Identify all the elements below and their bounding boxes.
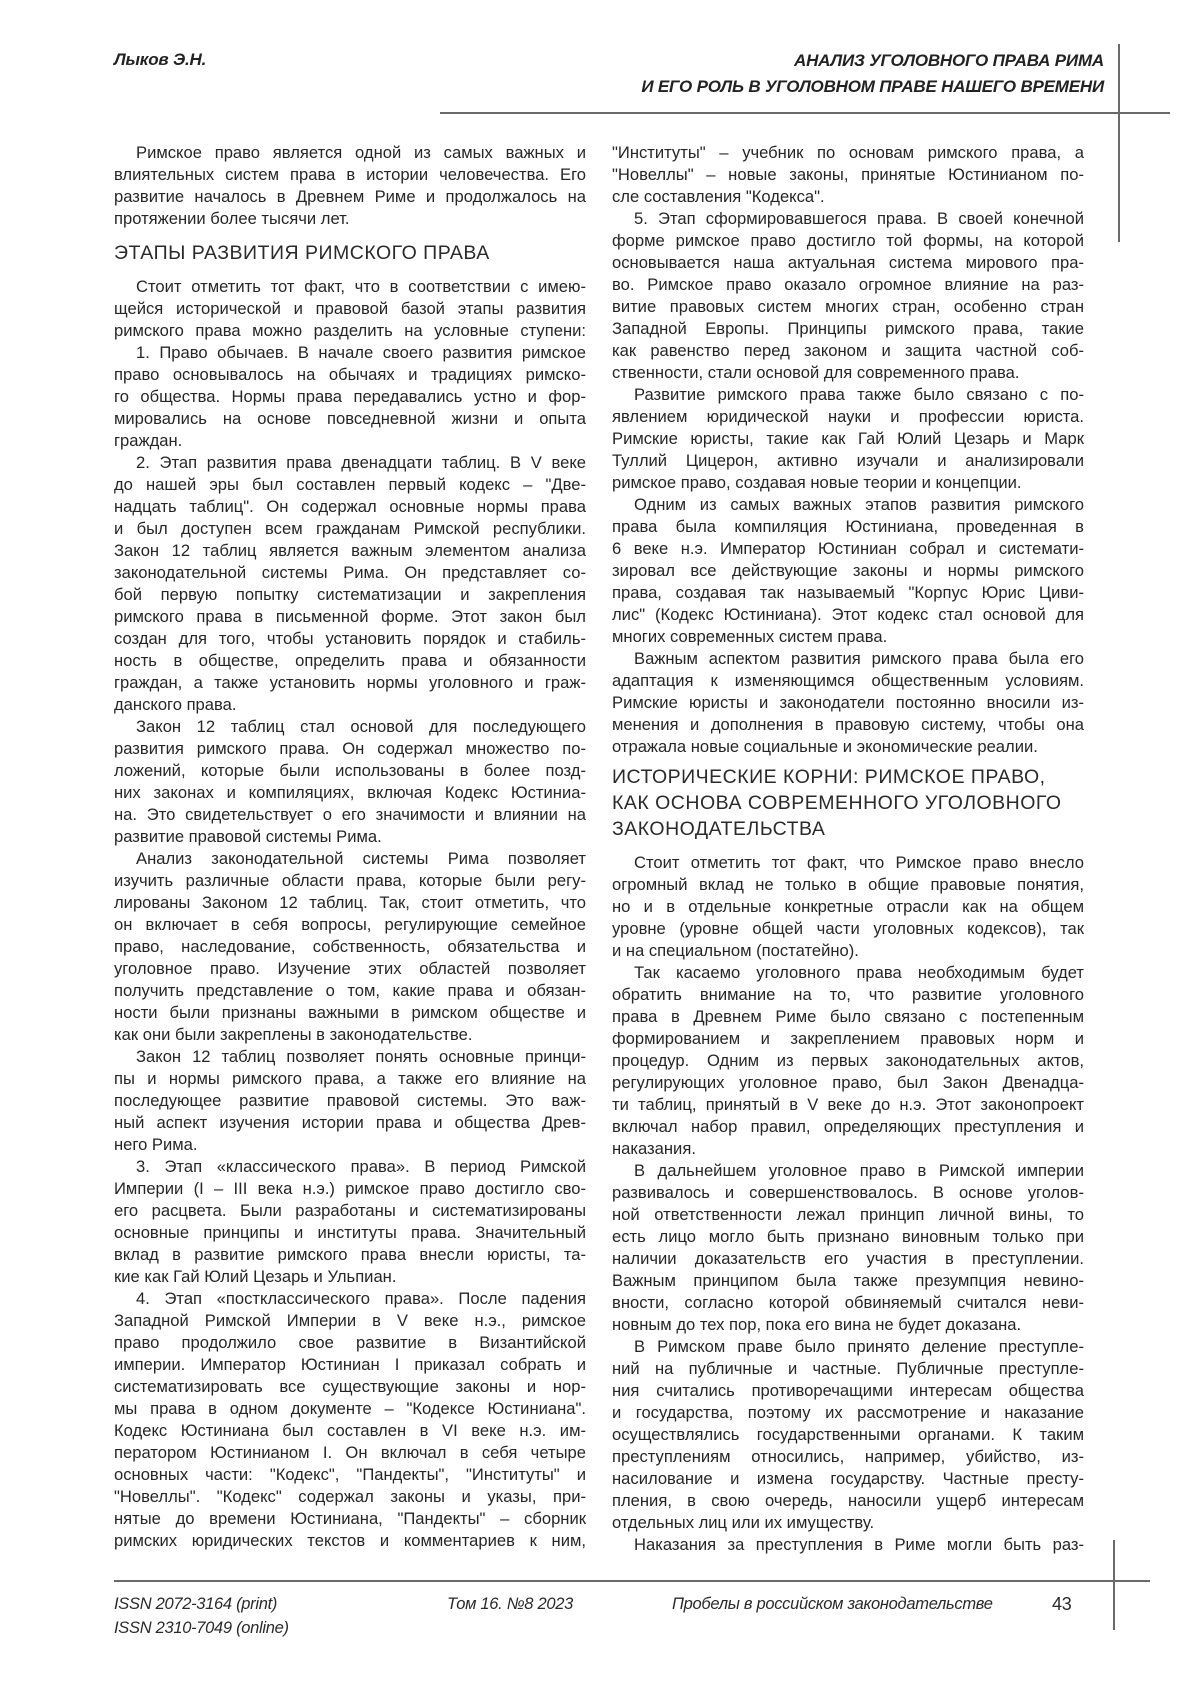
text-line: права в Древнем Риме было связано с пост… (612, 1006, 1084, 1028)
text-line: влиятельных систем права в истории челов… (114, 164, 586, 186)
text-line: протяжении более тысячи лет. (114, 208, 586, 230)
text-line: основные принципы и институты права. Зна… (114, 1222, 586, 1244)
right-column: "Институты" – учебник по основам римског… (612, 142, 1084, 1556)
text-line: пления, в свою очередь, наносили ущерб и… (612, 1490, 1084, 1512)
text-line: право основывалось на обычаях и традиция… (114, 364, 586, 386)
running-header-title-line1: АНАЛИЗ УГОЛОВНОГО ПРАВА РИМА (641, 48, 1104, 74)
text-line: его расцвета. Были разработаны и система… (114, 1200, 586, 1222)
text-line: многих современных систем права. (612, 626, 1084, 648)
text-line: ной ответственности лежал принцип личной… (612, 1204, 1084, 1226)
paragraph: Одним из самых важных этапов развития ри… (612, 494, 1084, 648)
paragraph: Наказания за преступления в Риме могли б… (612, 1534, 1084, 1556)
text-line: Империи (I – III века н.э.) римское прав… (114, 1178, 586, 1200)
text-line: создан для того, чтобы установить порядо… (114, 628, 586, 650)
paragraph-continued: "Институты" – учебник по основам римског… (612, 142, 1084, 208)
text-line: римского права можно разделить на условн… (114, 320, 586, 342)
text-line: граждан. (114, 430, 586, 452)
text-line: ный аспект изучения истории права и обще… (114, 1112, 586, 1134)
running-header-author: Лыков Э.Н. (114, 50, 206, 70)
text-line: 1. Право обычаев. В начале своего развит… (114, 342, 586, 364)
text-line: Закон 12 таблиц стал основой для последу… (114, 716, 586, 738)
text-line: зировал все действующие законы и нормы р… (612, 560, 1084, 582)
text-line: В Римском праве было принято деление пре… (612, 1336, 1084, 1358)
text-line: 4. Этап «постклассического права». После… (114, 1288, 586, 1310)
text-line: адаптация к изменяющимся общественным ус… (612, 670, 1084, 692)
text-line: "Новеллы". "Кодекс" содержал законы и ук… (114, 1486, 586, 1508)
text-line: лис" (Кодекс Юстиниана). Этот кодекс ста… (612, 604, 1084, 626)
text-line: ператором Юстинианом I. Он включал в себ… (114, 1442, 586, 1464)
footer-issn: ISSN 2072-3164 (print) ISSN 2310-7049 (o… (114, 1592, 289, 1640)
text-line: 5. Этап сформировавшегося права. В своей… (612, 208, 1084, 230)
issn-online: ISSN 2310-7049 (online) (114, 1616, 289, 1640)
text-line: Наказания за преступления в Риме могли б… (612, 1534, 1084, 1556)
text-line: развитие началось в Древнем Риме и продо… (114, 186, 586, 208)
text-line: Закон 12 таблиц является важным элементо… (114, 540, 586, 562)
text-line: Западной Европы. Принципы римского права… (612, 318, 1084, 340)
text-line: на. Это свидетельствует о его значимости… (114, 804, 586, 826)
text-line: "Новеллы" – новые законы, принятые Юстин… (612, 164, 1084, 186)
footer-volume: Том 16. №8 2023 (447, 1592, 573, 1616)
text-line: римских юридических текстов и комментари… (114, 1530, 586, 1552)
text-line: ния считались противоречащими интересам … (612, 1380, 1084, 1402)
text-line: развития римского права. Он содержал мно… (114, 738, 586, 760)
text-line: ний на публичные и частные. Публичные пр… (612, 1358, 1084, 1380)
text-line: лированы Законом 12 таблиц. Так, стоит о… (114, 892, 586, 914)
text-line: В дальнейшем уголовное право в Римской и… (612, 1160, 1084, 1182)
text-line: Римское право является одной из самых ва… (114, 142, 586, 164)
text-line: римское право, создавая новые теории и к… (612, 472, 1084, 494)
text-line: мы права в одном документе – "Кодексе Юс… (114, 1398, 586, 1420)
text-line: процедур. Одним из первых законодательны… (612, 1050, 1084, 1072)
text-line: Закон 12 таблиц позволяет понять основны… (114, 1046, 586, 1068)
text-line: Стоит отметить тот факт, что в соответст… (114, 276, 586, 298)
heading-line: ЗАКОНОДАТЕЛЬСТВА (612, 816, 1084, 842)
text-line: наличии доказательств его участия в прес… (612, 1248, 1084, 1270)
text-line: явлением юридической науки и профессии ю… (612, 406, 1084, 428)
text-line: ственности, стали основой для современно… (612, 362, 1084, 384)
paragraph: Стоит отметить тот факт, что в соответст… (114, 276, 586, 342)
text-line: есть лицо могло быть признано виновным т… (612, 1226, 1084, 1248)
text-line: до нашей эры был составлен первый кодекс… (114, 474, 586, 496)
text-line: основывается наша актуальная система мир… (612, 252, 1084, 274)
paragraph-stage-2: 2. Этап развития права двенадцати таблиц… (114, 452, 586, 716)
text-line: отдельных лиц или их имуществу. (612, 1512, 1084, 1534)
footer-journal-name: Пробелы в российском законодательстве (672, 1592, 993, 1616)
text-line: нятые до времени Юстиниана, "Пандекты" –… (114, 1508, 586, 1530)
text-line: 6 веке н.э. Император Юстиниан собрал и … (612, 538, 1084, 560)
text-line: право продолжило свое развитие в Византи… (114, 1332, 586, 1354)
text-line: щейся исторической и правовой базой этап… (114, 298, 586, 320)
text-line: ности были признаны важными в римском об… (114, 1002, 586, 1024)
text-line: Римские юристы, такие как Гай Юлий Цезар… (612, 428, 1084, 450)
text-line: Римские юристы и законодатели постоянно … (612, 692, 1084, 714)
text-line: наказания. (612, 1138, 1084, 1160)
text-line: римского права в письменной форме. Этот … (114, 606, 586, 628)
text-line: них законах и компиляциях, включая Кодек… (114, 782, 586, 804)
text-line: уровне (уровне общей части уголовных код… (612, 918, 1084, 940)
paragraph: В Римском праве было принято деление пре… (612, 1336, 1084, 1534)
text-line: как они были закреплены в законодательст… (114, 1024, 586, 1046)
paragraph: В дальнейшем уголовное право в Римской и… (612, 1160, 1084, 1336)
text-line: новным до тех пор, пока его вина не буде… (612, 1314, 1084, 1336)
section-heading-historical-roots: ИСТОРИЧЕСКИЕ КОРНИ: РИМСКОЕ ПРАВО, КАК О… (612, 764, 1084, 842)
text-line: и государства, поэтому их рассмотрение и… (612, 1402, 1084, 1424)
text-line: Западной Римской Империи в V веке н.э., … (114, 1310, 586, 1332)
text-line: пы и нормы римского права, а также его в… (114, 1068, 586, 1090)
text-line: развитие правовой системы Рима. (114, 826, 586, 848)
text-line: он включает в себя вопросы, регулирующие… (114, 914, 586, 936)
spacer (612, 842, 1084, 852)
spacer (114, 230, 586, 240)
text-line: го общества. Нормы права передавались ус… (114, 386, 586, 408)
text-line: Важным принципом была также презумпция н… (612, 1270, 1084, 1292)
text-line: надцать таблиц". Он содержал основные но… (114, 496, 586, 518)
heading-line: ИСТОРИЧЕСКИЕ КОРНИ: РИМСКОЕ ПРАВО, (612, 764, 1084, 790)
running-header-title: АНАЛИЗ УГОЛОВНОГО ПРАВА РИМА И ЕГО РОЛЬ … (641, 48, 1104, 100)
text-line: Важным аспектом развития римского права … (612, 648, 1084, 670)
text-line: форме римское право достигло той формы, … (612, 230, 1084, 252)
paragraph-stage-1: 1. Право обычаев. В начале своего развит… (114, 342, 586, 452)
paragraph-stage-4: 4. Этап «постклассического права». После… (114, 1288, 586, 1552)
text-line: систематизировать все существующие закон… (114, 1376, 586, 1398)
paragraph: Стоит отметить тот факт, что Римское пра… (612, 852, 1084, 962)
paragraph: Анализ законодательной системы Рима позв… (114, 848, 586, 1046)
text-line: отражала новые социальные и экономически… (612, 736, 1084, 758)
issn-print: ISSN 2072-3164 (print) (114, 1592, 289, 1616)
header-vertical-rule (1118, 44, 1120, 242)
running-header-title-line2: И ЕГО РОЛЬ В УГОЛОВНОМ ПРАВЕ НАШЕГО ВРЕМ… (641, 74, 1104, 100)
text-line: преступлениям относились, например, убий… (612, 1446, 1084, 1468)
text-line: кие как Гай Юлий Цезарь и Ульпиан. (114, 1266, 586, 1288)
text-line: Одним из самых важных этапов развития ри… (612, 494, 1084, 516)
text-line: получить представление о том, какие прав… (114, 980, 586, 1002)
text-line: данского права. (114, 694, 586, 716)
left-column: Римское право является одной из самых ва… (114, 142, 586, 1552)
text-line: законодательной системы Рима. Он предста… (114, 562, 586, 584)
text-line: вности, согласно которой обвиняемый счит… (612, 1292, 1084, 1314)
text-line: но и в отдельные конкретные отрасли как … (612, 896, 1084, 918)
text-line: 2. Этап развития права двенадцати таблиц… (114, 452, 586, 474)
text-line: изучить различные области права, которые… (114, 870, 586, 892)
text-line: "Институты" – учебник по основам римског… (612, 142, 1084, 164)
text-line: насилование и измена государству. Частны… (612, 1468, 1084, 1490)
text-line: вклад в развитие римского права внесли ю… (114, 1244, 586, 1266)
paragraph: Закон 12 таблиц стал основой для последу… (114, 716, 586, 848)
text-line: граждан, а также установить нормы уголов… (114, 672, 586, 694)
spacer (114, 266, 586, 276)
text-line: ти таблиц, принятый в V веке до н.э. Это… (612, 1094, 1084, 1116)
text-line: включал набор правил, определяющих прест… (612, 1116, 1084, 1138)
heading-line: КАК ОСНОВА СОВРЕМЕННОГО УГОЛОВНОГО (612, 790, 1084, 816)
text-line: бой первую попытку систематизации и закр… (114, 584, 586, 606)
text-line: Анализ законодательной системы Рима позв… (114, 848, 586, 870)
paragraph: Важным аспектом развития римского права … (612, 648, 1084, 758)
text-line: ность в обществе, определить права и обя… (114, 650, 586, 672)
text-line: формированием и закреплением правовых но… (612, 1028, 1084, 1050)
text-line: обратить внимание на то, что развитие уг… (612, 984, 1084, 1006)
text-line: основных части: "Кодекс", "Пандекты", "И… (114, 1464, 586, 1486)
text-line: последующее развитие правовой системы. Э… (114, 1090, 586, 1112)
text-line: права была компиляция Юстиниана, проведе… (612, 516, 1084, 538)
text-line: осуществлялись государственными органами… (612, 1424, 1084, 1446)
text-line: право, наследование, собственность, обяз… (114, 936, 586, 958)
text-line: и на специальном (постатейно). (612, 940, 1084, 962)
header-rule (440, 112, 1170, 114)
text-line: менения и дополнения в правовую систему,… (612, 714, 1084, 736)
text-line: регулирующих уголовное право, был Закон … (612, 1072, 1084, 1094)
text-line: права, создавая так называемый "Корпус Ю… (612, 582, 1084, 604)
paragraph: Закон 12 таблиц позволяет понять основны… (114, 1046, 586, 1156)
text-line: Так касаемо уголовного права необходимым… (612, 962, 1084, 984)
paragraph: Так касаемо уголовного права необходимым… (612, 962, 1084, 1160)
text-line: сле составления "Кодекса". (612, 186, 1084, 208)
section-heading-stages: ЭТАПЫ РАЗВИТИЯ РИМСКОГО ПРАВА (114, 240, 586, 266)
text-line: Стоит отметить тот факт, что Римское пра… (612, 852, 1084, 874)
text-line: империи. Император Юстиниан I приказал с… (114, 1354, 586, 1376)
text-line: мировались на основе повседневной жизни … (114, 408, 586, 430)
text-line: как равенство перед законом и защита час… (612, 340, 1084, 362)
text-line: витие правовых систем многих стран, особ… (612, 296, 1084, 318)
text-line: уголовное право. Изучение этих областей … (114, 958, 586, 980)
footer-vertical-rule (1113, 1540, 1115, 1630)
text-line: 3. Этап «классического права». В период … (114, 1156, 586, 1178)
text-line: Развитие римского права также было связа… (612, 384, 1084, 406)
text-line: огромный вклад не только в общие правовы… (612, 874, 1084, 896)
text-line: развивалось и совершенствовалось. В осно… (612, 1182, 1084, 1204)
intro-paragraph: Римское право является одной из самых ва… (114, 142, 586, 230)
text-line: ложений, которые были использованы в бол… (114, 760, 586, 782)
paragraph: Развитие римского права также было связа… (612, 384, 1084, 494)
paragraph-stage-3: 3. Этап «классического права». В период … (114, 1156, 586, 1288)
paragraph-stage-5: 5. Этап сформировавшегося права. В своей… (612, 208, 1084, 384)
page-number: 43 (1052, 1592, 1071, 1616)
text-line: и был доступен всем гражданам Римской ре… (114, 518, 586, 540)
text-line: Кодекс Юстиниана был составлен в VI веке… (114, 1420, 586, 1442)
text-line: Туллий Цицерон, активно изучали и анализ… (612, 450, 1084, 472)
text-line: него Рима. (114, 1134, 586, 1156)
footer-rule (114, 1580, 1150, 1582)
text-line: во. Римское право оказало огромное влиян… (612, 274, 1084, 296)
